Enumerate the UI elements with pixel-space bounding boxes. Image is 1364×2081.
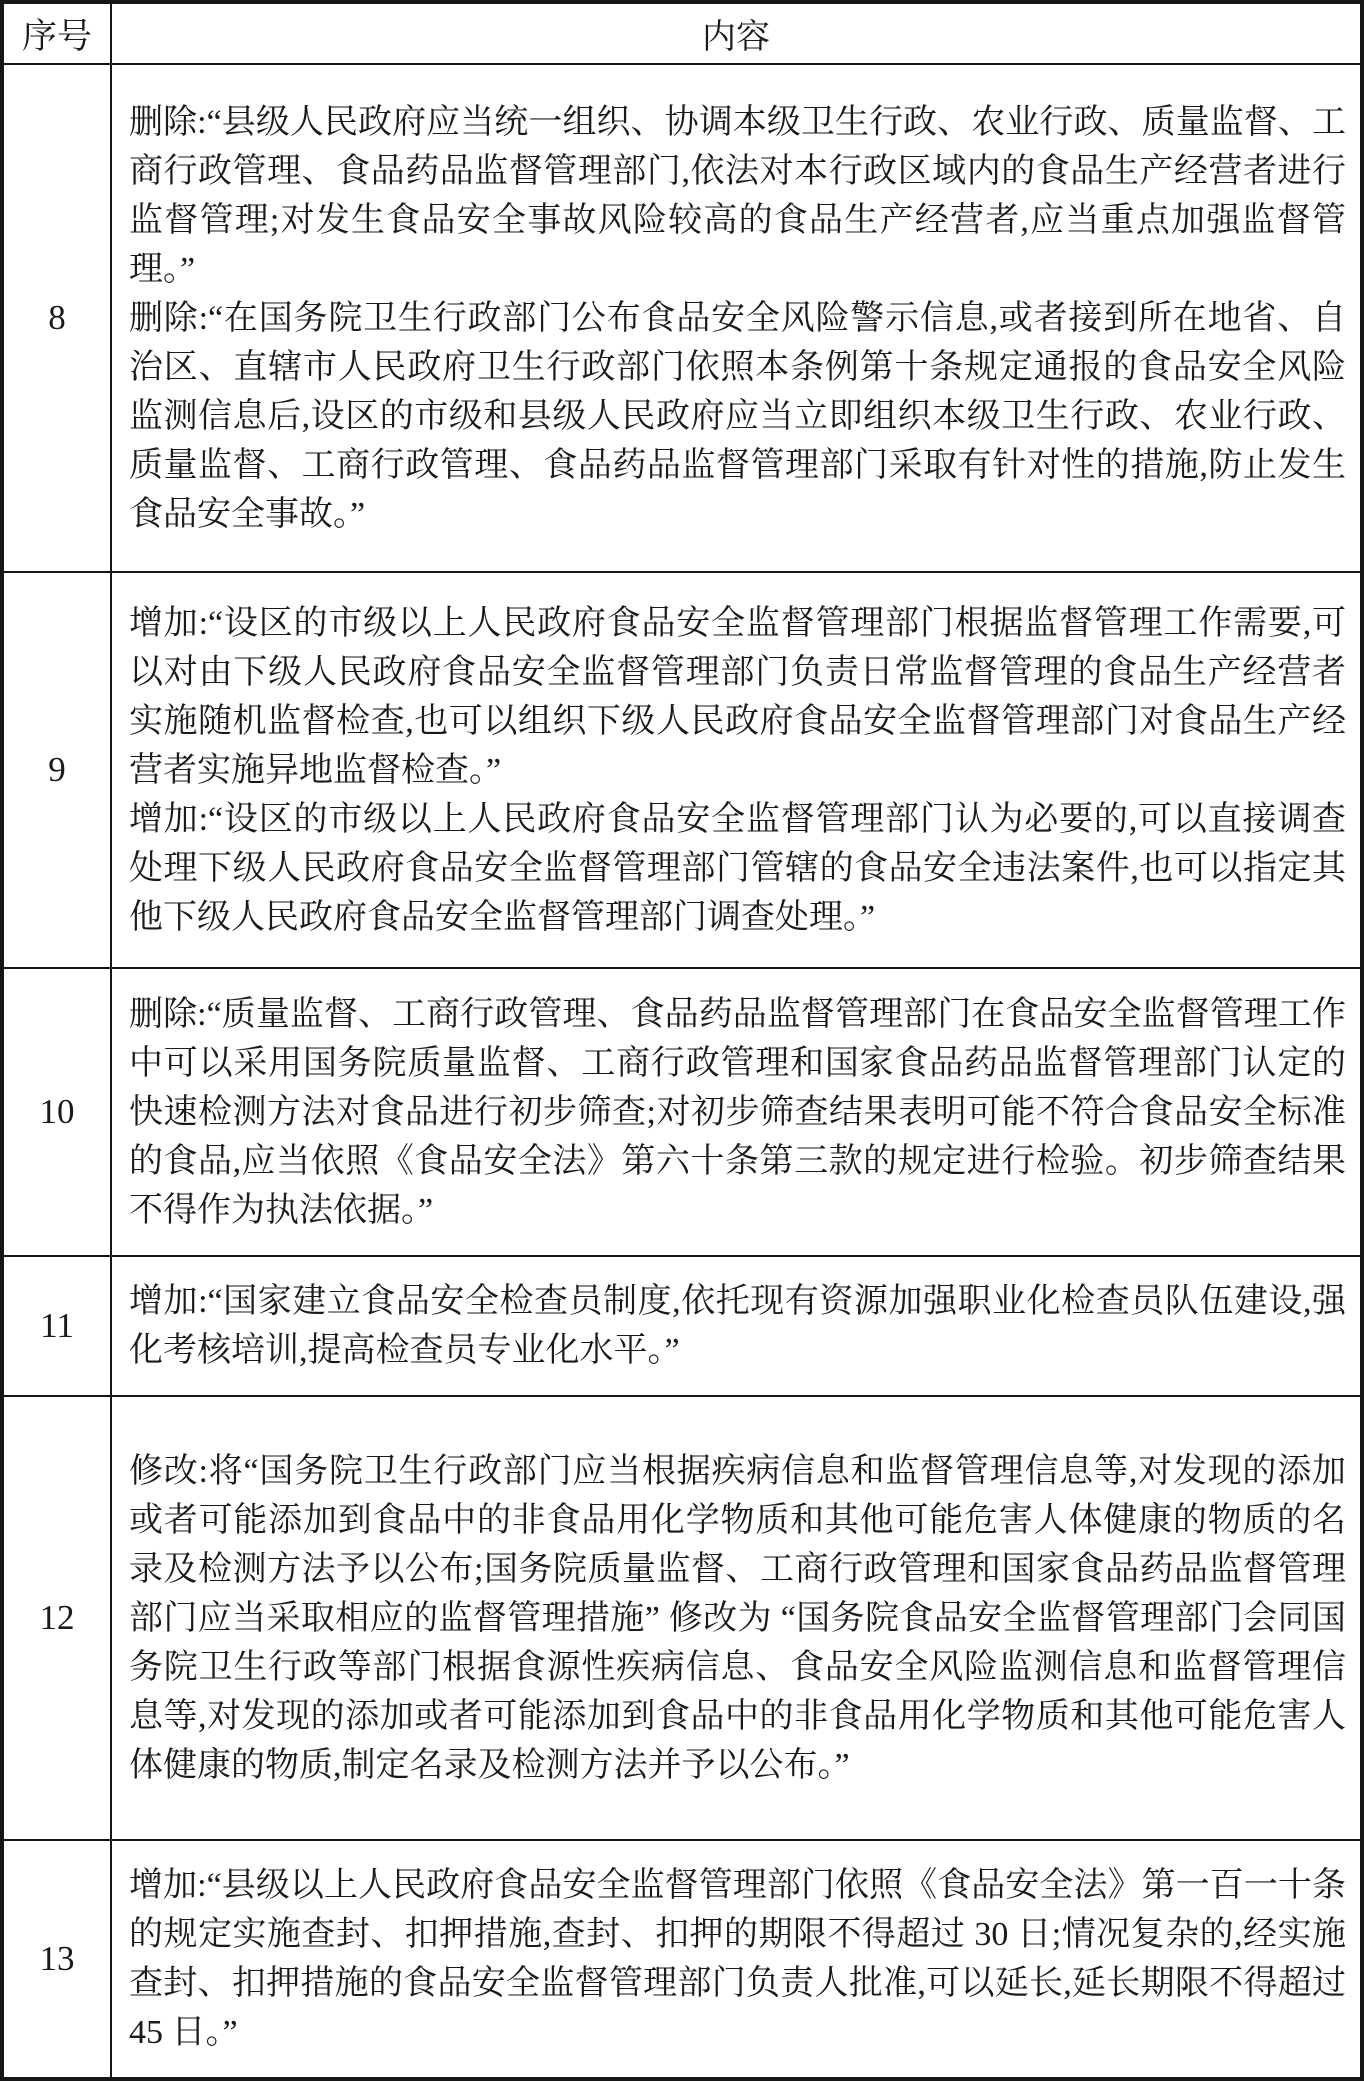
content-paragraph: 删除:“在国务院卫生行政部门公布食品安全风险警示信息,或者接到所在地省、自治区、… [129, 294, 1346, 539]
table-row-9: 9 增加:“设区的市级以上人民政府食品安全监督管理部门根据监督管理工作需要,可以… [2, 572, 1362, 968]
row-content: 增加:“县级以上人民政府食品安全监督管理部门依照《食品安全法》第一百一十条的规定… [111, 1840, 1362, 2079]
table-row-12: 12 修改:将“国务院卫生行政部门应当根据疾病信息和监督管理信息等,对发现的添加… [2, 1396, 1362, 1840]
row-content: 删除:“县级人民政府应当统一组织、协调本级卫生行政、农业行政、质量监督、工商行政… [111, 64, 1362, 572]
row-serial-number: 10 [2, 968, 111, 1256]
content-paragraph: 增加:“设区的市级以上人民政府食品安全监督管理部门认为必要的,可以直接调查处理下… [129, 795, 1346, 942]
content-paragraph: 修改:将“国务院卫生行政部门应当根据疾病信息和监督管理信息等,对发现的添加或者可… [129, 1447, 1346, 1790]
table-row-8: 8 删除:“县级人民政府应当统一组织、协调本级卫生行政、农业行政、质量监督、工商… [2, 64, 1362, 572]
table-row-13: 13 增加:“县级以上人民政府食品安全监督管理部门依照《食品安全法》第一百一十条… [2, 1840, 1362, 2079]
content-paragraph: 增加:“设区的市级以上人民政府食品安全监督管理部门根据监督管理工作需要,可以对由… [129, 599, 1346, 795]
row-content: 修改:将“国务院卫生行政部门应当根据疾病信息和监督管理信息等,对发现的添加或者可… [111, 1396, 1362, 1840]
row-serial-number: 12 [2, 1396, 111, 1840]
row-serial-number: 8 [2, 64, 111, 572]
table-row-10: 10 删除:“质量监督、工商行政管理、食品药品监督管理部门在食品安全监督管理工作… [2, 968, 1362, 1256]
content-paragraph: 增加:“县级以上人民政府食品安全监督管理部门依照《食品安全法》第一百一十条的规定… [129, 1861, 1346, 2057]
row-serial-number: 9 [2, 572, 111, 968]
table-row-11: 11 增加:“国家建立食品安全检查员制度,依托现有资源加强职业化检查员队伍建设,… [2, 1256, 1362, 1396]
document-page: 序号 内容 8 删除:“县级人民政府应当统一组织、协调本级卫生行政、农业行政、质… [0, 0, 1364, 2081]
content-paragraph: 增加:“国家建立食品安全检查员制度,依托现有资源加强职业化检查员队伍建设,强化考… [129, 1277, 1346, 1375]
row-content: 增加:“国家建立食品安全检查员制度,依托现有资源加强职业化检查员队伍建设,强化考… [111, 1256, 1362, 1396]
row-serial-number: 13 [2, 1840, 111, 2079]
header-content: 内容 [111, 2, 1362, 64]
table-header-row: 序号 内容 [2, 2, 1362, 64]
row-content: 增加:“设区的市级以上人民政府食品安全监督管理部门根据监督管理工作需要,可以对由… [111, 572, 1362, 968]
header-serial-number: 序号 [2, 2, 111, 64]
content-paragraph: 删除:“县级人民政府应当统一组织、协调本级卫生行政、农业行政、质量监督、工商行政… [129, 98, 1346, 294]
content-paragraph: 删除:“质量监督、工商行政管理、食品药品监督管理部门在食品安全监督管理工作中可以… [129, 990, 1346, 1235]
row-serial-number: 11 [2, 1256, 111, 1396]
revision-table: 序号 内容 8 删除:“县级人民政府应当统一组织、协调本级卫生行政、农业行政、质… [0, 0, 1364, 2081]
row-content: 删除:“质量监督、工商行政管理、食品药品监督管理部门在食品安全监督管理工作中可以… [111, 968, 1362, 1256]
